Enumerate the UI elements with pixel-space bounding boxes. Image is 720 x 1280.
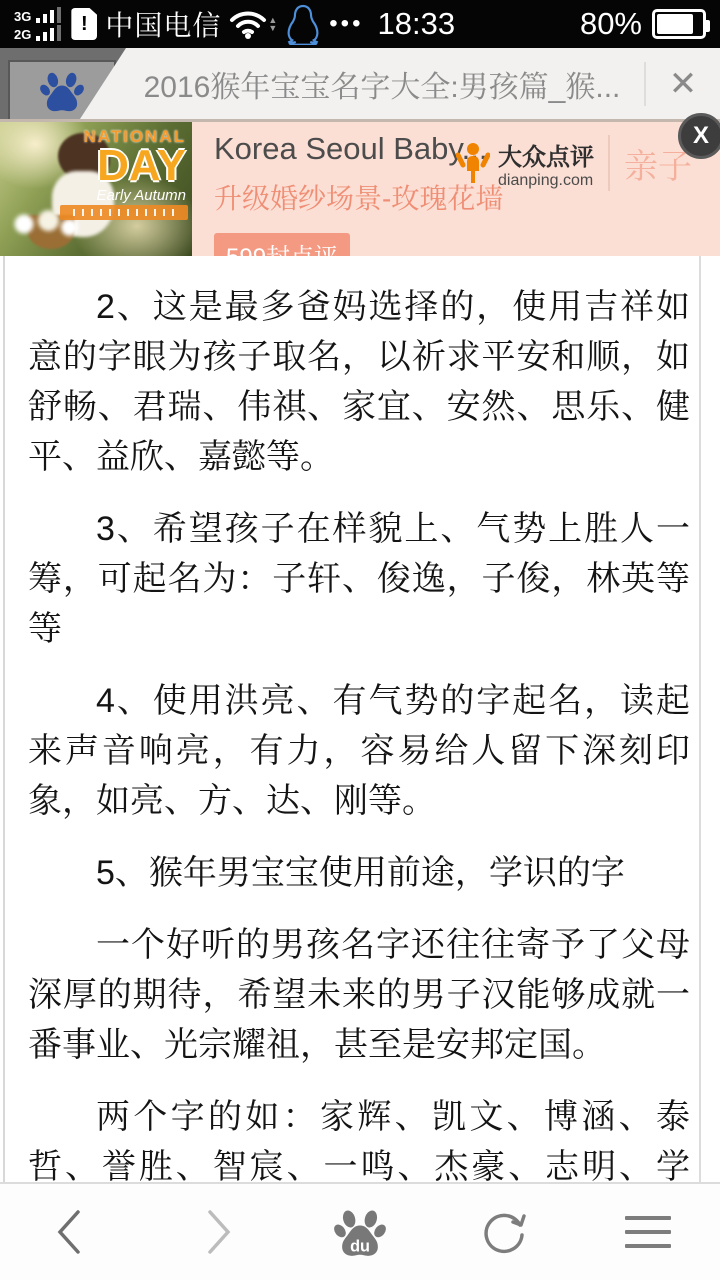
ad-close-button[interactable]: X (678, 113, 720, 159)
brand-name: 大众点评 (498, 137, 594, 172)
notification-overflow-dots: ••• (329, 10, 363, 38)
baidu-home-button[interactable]: du (288, 1184, 432, 1280)
browser-bottom-toolbar: du (0, 1182, 720, 1280)
menu-button[interactable] (576, 1184, 720, 1280)
battery-icon (652, 9, 706, 39)
paragraph: 5、猴年男宝宝使用前途，学识的字 (28, 848, 690, 898)
close-tab-button[interactable]: ✕ (644, 62, 720, 106)
webpage-content[interactable]: 2、这是最多爸妈选择的，使用吉祥如意的字眼为孩子取名，以祈求平安和顺，如舒畅、君… (0, 256, 720, 1182)
dianping-person-icon (456, 141, 490, 185)
carrier-label: 中国电信 (105, 4, 221, 44)
hamburger-menu-icon (625, 1216, 671, 1248)
active-tab[interactable]: 2016猴年宝宝名字大全:男孩篇_猴... ✕ (80, 48, 720, 119)
refresh-button[interactable] (432, 1184, 576, 1280)
paragraph: 一个好听的男孩名字还往往寄予了父母深厚的期待，希望未来的男子汉能够成就一番事业、… (28, 920, 690, 1070)
paragraph: 2、这是最多爸妈选择的，使用吉祥如意的字眼为孩子取名，以祈求平安和顺，如舒畅、君… (28, 282, 690, 482)
network-type-label: 2G (14, 28, 31, 41)
ad-banner[interactable]: NATIONAL DAY Early Autumn Korea Seoul Ba… (0, 119, 720, 256)
page-title: 2016猴年宝宝名字大全:男孩篇_猴... (80, 62, 644, 106)
data-transfer-arrows-icon: ▲▼ (268, 16, 277, 32)
battery-percent-label: 80% (580, 6, 642, 42)
baidu-paw-icon (40, 69, 84, 113)
paragraph: 两个字的如：家辉、凯文、博涵、泰哲、誉胜、智宸、一鸣、杰豪、志明、学礼、永胜、恩… (28, 1092, 690, 1182)
ad-image-text: DAY (83, 147, 186, 185)
paragraph: 4、使用洪亮、有气势的字起名，读起来声音响亮，有力，容易给人留下深刻印象，如亮、… (28, 676, 690, 826)
network-type-label: 3G (14, 10, 31, 23)
refresh-icon (477, 1205, 531, 1259)
brand-domain: dianping.com (498, 172, 594, 190)
ad-image-strip (60, 205, 188, 220)
qq-penguin-icon (285, 3, 321, 45)
dianping-logo: 大众点评 dianping.com 亲子 (456, 135, 692, 191)
divider (608, 135, 610, 191)
paragraph: 3、希望孩子在样貌上、气势上胜人一筹，可起名为：子轩、俊逸，子俊，林英等等 (28, 504, 690, 654)
status-bar: 3G 2G ! 中国电信 ▲▼ ••• 18:3 (0, 0, 720, 48)
back-icon (48, 1204, 96, 1260)
close-icon: X (693, 122, 709, 150)
baidu-paw-icon: du (334, 1206, 386, 1258)
sim-alert-icon: ! (71, 8, 97, 40)
clock-label: 18:33 (378, 6, 456, 42)
back-button[interactable] (0, 1184, 144, 1280)
baidu-du-label: du (350, 1238, 370, 1256)
close-icon: ✕ (669, 64, 698, 104)
phone-screen: 3G 2G ! 中国电信 ▲▼ ••• 18:3 (0, 0, 720, 1280)
signal-icon: 3G 2G (14, 7, 61, 41)
forward-icon (192, 1204, 240, 1260)
ad-image-script-text: Early Autumn (83, 187, 186, 204)
forward-button[interactable] (144, 1184, 288, 1280)
wifi-icon: ▲▼ (229, 8, 277, 40)
browser-tab-bar: 2016猴年宝宝名字大全:男孩篇_猴... ✕ (0, 48, 720, 119)
ad-image: NATIONAL DAY Early Autumn (0, 119, 192, 256)
